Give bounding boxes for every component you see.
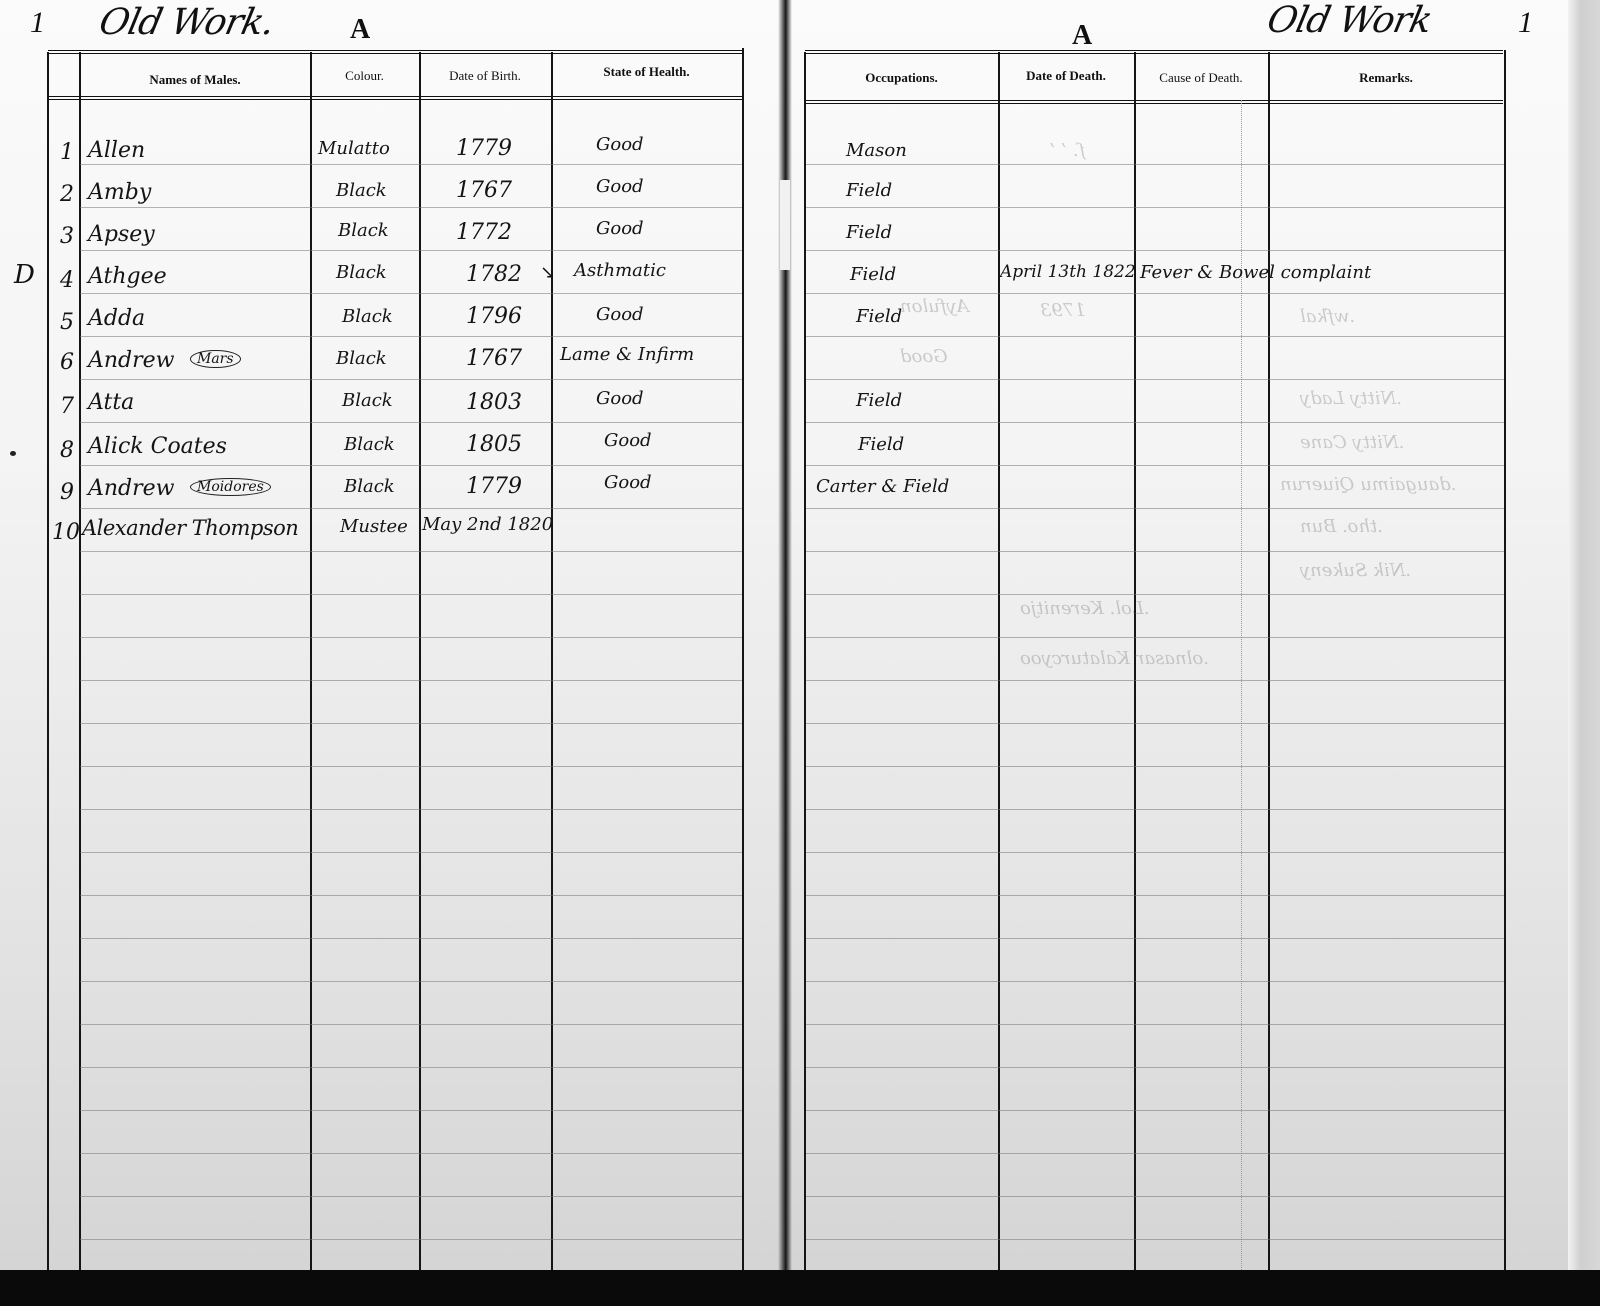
ruled-line	[806, 852, 1504, 853]
ruled-line	[80, 1110, 742, 1111]
row-number: 1	[60, 140, 74, 165]
ruled-line	[806, 766, 1504, 767]
male-name: Alexander Thompson	[82, 516, 298, 540]
male-name: Andrew	[88, 348, 175, 373]
row-number: 6	[60, 350, 74, 375]
ruled-line	[80, 164, 742, 165]
health: Good	[596, 218, 644, 239]
health: Good	[596, 134, 644, 155]
colour: Mulatto	[318, 138, 390, 159]
ruled-line	[80, 766, 742, 767]
occupation: Field	[856, 306, 902, 327]
right-header-top-rule	[805, 50, 1503, 54]
ruled-line	[806, 594, 1504, 595]
left-num-divider	[79, 52, 81, 1270]
male-name: Adda	[88, 306, 145, 331]
death-cause: Fever & Bowel complaint	[1140, 262, 1371, 283]
health: Good	[604, 472, 652, 493]
birth-date: 1805	[466, 432, 522, 457]
male-name: Allen	[88, 138, 145, 163]
ruled-line	[806, 723, 1504, 724]
ruled-line	[80, 422, 742, 423]
ruled-line	[80, 852, 742, 853]
book-bottom-edge	[0, 1270, 1600, 1306]
ruled-line	[806, 465, 1504, 466]
colour: Black	[338, 220, 389, 241]
ruled-line	[806, 207, 1504, 208]
ruled-line	[80, 1153, 742, 1154]
health: Good	[604, 430, 652, 451]
colour: Black	[342, 306, 393, 327]
ruled-line	[806, 250, 1504, 251]
row-number: 4	[60, 268, 74, 293]
name-annotation-circled: Moidores	[190, 478, 271, 496]
birth-date: 1782	[466, 262, 522, 287]
right-page-number: 1	[1518, 6, 1533, 40]
right-frame-right	[1504, 50, 1506, 1270]
male-name: Amby	[88, 180, 151, 205]
ruled-line	[806, 981, 1504, 982]
male-name: Alick Coates	[88, 434, 227, 459]
left-section-letter: A	[350, 14, 370, 46]
left-page-title: Old Work.	[96, 2, 278, 43]
occupation: Field	[846, 180, 892, 201]
ruled-line	[806, 637, 1504, 638]
health: Asthmatic	[574, 260, 666, 281]
right-frame-left	[804, 52, 806, 1270]
ruled-line	[806, 1196, 1504, 1197]
ruled-line	[80, 207, 742, 208]
right-page-title: Old Work	[1264, 0, 1435, 41]
left-header-bottom-rule	[48, 96, 743, 100]
health: Lame & Infirm	[560, 344, 694, 365]
row-number: 7	[60, 394, 74, 419]
row-number: 5	[60, 310, 74, 335]
birth-date: 1767	[466, 346, 522, 371]
ruled-line	[80, 594, 742, 595]
col-header-names: Names of Males.	[80, 72, 310, 88]
ruled-line	[806, 508, 1504, 509]
occupation: Field	[846, 222, 892, 243]
ink-spot	[10, 451, 16, 456]
birth-date: 1767	[456, 178, 512, 203]
ruled-line	[806, 680, 1504, 681]
ruled-line	[80, 680, 742, 681]
ruled-line	[806, 1153, 1504, 1154]
occupation: Mason	[846, 140, 907, 161]
ruled-line	[806, 551, 1504, 552]
ruled-line	[80, 981, 742, 982]
row-number: 8	[60, 438, 74, 463]
birth-date: May 2nd 1820	[422, 514, 553, 535]
insertion-mark-icon: ↘	[540, 262, 555, 283]
health: Good	[596, 388, 644, 409]
right-page	[776, 0, 1568, 1282]
occupation: Field	[856, 390, 902, 411]
colour: Black	[342, 390, 393, 411]
occupation: Field	[858, 434, 904, 455]
left-page-number: 1	[30, 6, 45, 40]
colour: Black	[336, 180, 387, 201]
col-header-death-cause: Cause of Death.	[1134, 70, 1268, 86]
colour: Black	[344, 434, 395, 455]
col-header-remarks: Remarks.	[1268, 70, 1504, 86]
colour: Black	[336, 348, 387, 369]
ruled-line	[80, 508, 742, 509]
ruled-line	[80, 379, 742, 380]
ruled-line	[80, 336, 742, 337]
occupation: Carter & Field	[816, 476, 949, 497]
left-header-top-rule	[48, 50, 743, 54]
colour: Mustee	[340, 516, 408, 537]
ruled-line	[80, 1067, 742, 1068]
col-header-birth: Date of Birth.	[419, 68, 551, 84]
ruled-line	[806, 1024, 1504, 1025]
ruled-line	[806, 293, 1504, 294]
male-name: Andrew	[88, 476, 175, 501]
col-header-occupations: Occupations.	[805, 70, 998, 86]
right-header-bottom-rule	[805, 100, 1503, 104]
ruled-line	[80, 1196, 742, 1197]
birth-date: 1803	[466, 390, 522, 415]
health: Good	[596, 176, 644, 197]
birth-date: 1779	[456, 136, 512, 161]
colour: Black	[344, 476, 395, 497]
ruled-line	[806, 379, 1504, 380]
left-frame-right	[742, 48, 744, 1270]
ruled-line	[80, 1239, 742, 1240]
row-number: 10	[52, 520, 80, 545]
male-name: Apsey	[88, 222, 155, 247]
birth-date: 1779	[466, 474, 522, 499]
col-header-colour: Colour.	[310, 68, 419, 84]
left-frame-left	[47, 52, 49, 1270]
birth-date: 1772	[456, 220, 512, 245]
row-number: 2	[60, 182, 74, 207]
ruled-line	[806, 1239, 1504, 1240]
ruled-line	[80, 723, 742, 724]
male-name: Atta	[88, 390, 134, 415]
left-col-divider-3	[551, 52, 553, 1270]
ruled-line	[80, 895, 742, 896]
ruled-line	[80, 293, 742, 294]
ruled-line	[80, 1024, 742, 1025]
ruled-line	[806, 809, 1504, 810]
colour: Black	[336, 262, 387, 283]
birth-date: 1796	[466, 304, 522, 329]
left-col-divider-2	[419, 52, 421, 1270]
col-header-health: State of Health.	[551, 64, 742, 80]
gutter-highlight	[780, 180, 790, 270]
ruled-line	[806, 336, 1504, 337]
col-header-death-date: Date of Death.	[998, 68, 1134, 84]
ruled-line	[806, 422, 1504, 423]
occupation: Field	[850, 264, 896, 285]
ruled-line	[806, 164, 1504, 165]
margin-note-deceased: D	[14, 260, 35, 290]
row-number: 9	[60, 480, 74, 505]
left-col-divider-1	[310, 52, 312, 1270]
health: Good	[596, 304, 644, 325]
right-col-divider-3	[1268, 52, 1270, 1270]
right-section-letter: A	[1072, 20, 1092, 52]
page-edge	[1568, 0, 1600, 1306]
ruled-line	[80, 551, 742, 552]
male-name: Athgee	[88, 264, 167, 289]
ruled-line	[80, 465, 742, 466]
ruled-line	[80, 637, 742, 638]
row-number: 3	[60, 224, 74, 249]
ruled-line	[80, 250, 742, 251]
ruled-line	[806, 938, 1504, 939]
ruled-line	[80, 809, 742, 810]
right-col-divider-1	[998, 52, 1000, 1270]
ruled-line	[806, 1067, 1504, 1068]
ruled-line	[80, 938, 742, 939]
death-date: April 13th 1822	[1000, 262, 1136, 282]
ruled-line	[806, 895, 1504, 896]
name-annotation-circled: Mars	[190, 350, 241, 368]
ruled-line	[806, 1110, 1504, 1111]
